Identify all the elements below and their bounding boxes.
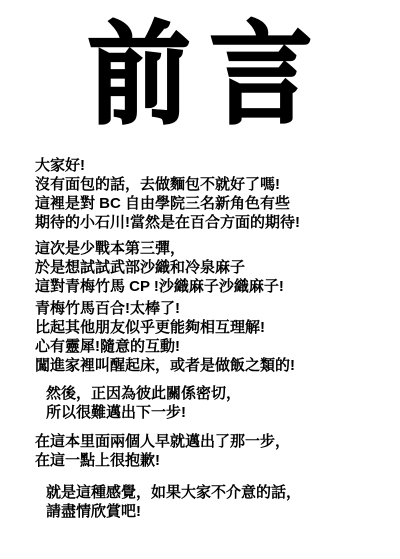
page-title: 前言 [88, 20, 332, 130]
text-line: 大家好! [35, 156, 386, 175]
text-line: 比起其他朋友似乎更能夠相互理解! [35, 318, 386, 337]
title-area: 前言 [0, 0, 400, 150]
paragraph-pairing: 青梅竹馬百合!太棒了! 比起其他朋友似乎更能夠相互理解! 心有靈犀!隨意的互動!… [35, 299, 386, 375]
text-line: 闖進家裡叫醒起床，或者是做飯之類的! [35, 356, 386, 375]
text-line: 所以很難邁出下一步! [46, 403, 386, 422]
paragraph-book-intro: 這次是少戰本第三彈， 於是想試試武部沙織和冷泉麻子 這對青梅竹馬 CP !沙織麻… [35, 239, 386, 296]
text-line: 在這一點上很抱歉! [35, 451, 386, 470]
text-line: 於是想試試武部沙織和冷泉麻子 [35, 258, 386, 277]
text-line: 這對青梅竹馬 CP !沙織麻子沙織麻子! [35, 277, 386, 296]
paragraph-relationship: 然後，正因為彼此關係密切， 所以很難邁出下一步! [35, 384, 386, 422]
text-line: 青梅竹馬百合!太棒了! [35, 299, 386, 318]
preface-text: 大家好! 沒有面包的話，去做麵包不就好了嗎! 這裡是對 BC 自由學院三名新角色… [0, 150, 400, 521]
text-line: 請盡情欣賞吧! [46, 502, 386, 521]
text-line: 然後，正因為彼此關係密切， [46, 384, 386, 403]
paragraph-closing: 就是這種感覺，如果大家不介意的話， 請盡情欣賞吧! [35, 483, 386, 521]
text-line: 這裡是對 BC 自由學院三名新角色有些 [35, 194, 386, 213]
text-line: 心有靈犀!隨意的互動! [35, 337, 386, 356]
paragraph-apology: 在這本里面兩個人早就邁出了那一步， 在這一點上很抱歉! [35, 432, 386, 470]
paragraph-greeting: 大家好! 沒有面包的話，去做麵包不就好了嗎! 這裡是對 BC 自由學院三名新角色… [35, 156, 386, 232]
preface-page: 前言 大家好! 沒有面包的話，去做麵包不就好了嗎! 這裡是對 BC 自由學院三名… [0, 0, 400, 559]
text-line: 這次是少戰本第三彈， [35, 239, 386, 258]
text-line: 沒有面包的話，去做麵包不就好了嗎! [35, 175, 386, 194]
text-line: 在這本里面兩個人早就邁出了那一步， [35, 432, 386, 451]
text-line: 期待的小石川!當然是在百合方面的期待! [35, 213, 386, 232]
text-line: 就是這種感覺，如果大家不介意的話， [46, 483, 386, 502]
